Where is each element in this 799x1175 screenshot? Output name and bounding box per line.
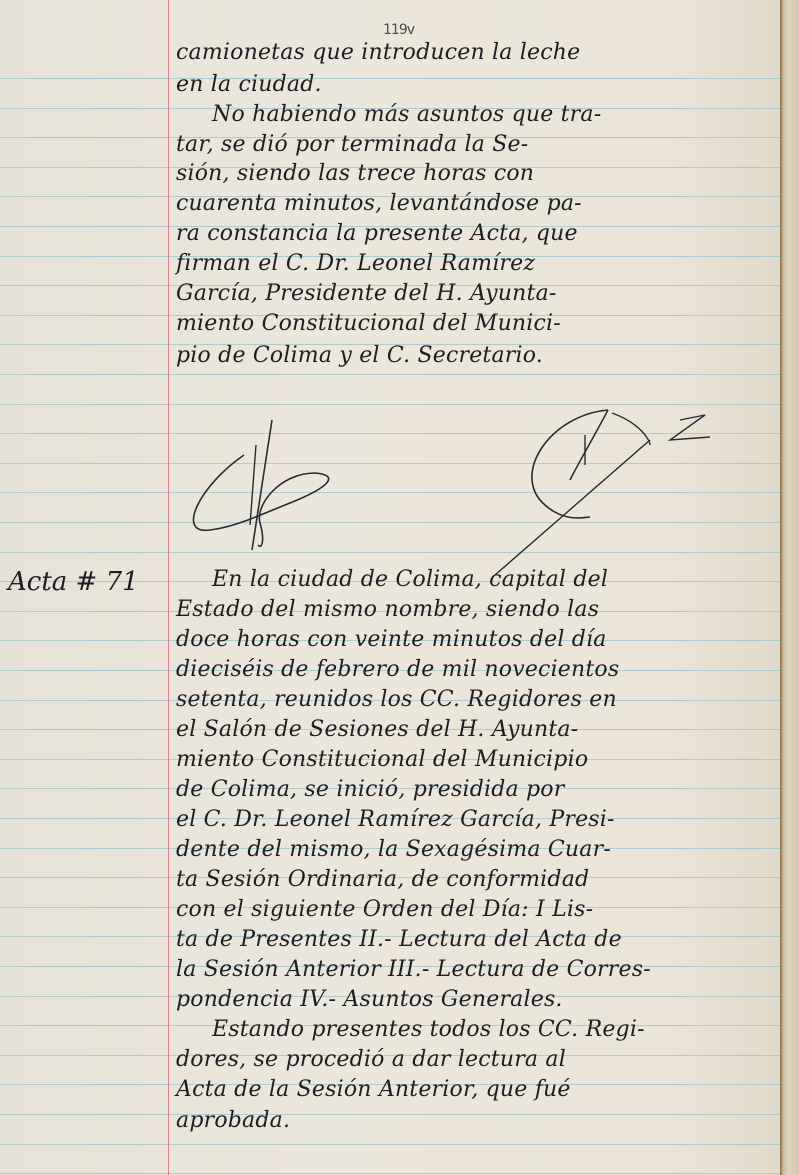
text-line: En la ciudad de Colima, capital del (212, 567, 799, 593)
text-line: pondencia IV.- Asuntos Generales. (176, 987, 776, 1013)
ledger-page: 119v camionetas que introducen la leche … (0, 0, 782, 1175)
text-line: cuarenta minutos, levantándose pa- (176, 191, 776, 217)
text-line: sión, siendo las trece horas con (176, 161, 776, 187)
text-line: setenta, reunidos los CC. Regidores en (176, 687, 776, 713)
text-line: ta Sesión Ordinaria, de conformidad (176, 867, 776, 893)
text-line: dieciséis de febrero de mil novecientos (176, 657, 776, 683)
text-line: ta de Presentes II.- Lectura del Acta de (176, 927, 776, 953)
text-line: Estado del mismo nombre, siendo las (176, 597, 776, 623)
ruled-line (0, 374, 782, 375)
text-line: doce horas con veinte minutos del día (176, 627, 776, 653)
text-line: dente del mismo, la Sexagésima Cuar- (176, 837, 776, 863)
book-binding-edge (780, 0, 799, 1175)
text-line: tar, se dió por terminada la Se- (176, 132, 776, 158)
text-line: el Salón de Sesiones del H. Ayunta- (176, 717, 776, 743)
text-line: miento Constitucional del Municipio (176, 747, 776, 773)
text-line: dores, se procedió a dar lectura al (176, 1047, 776, 1073)
text-line: No habiendo más asuntos que tra- (212, 102, 799, 128)
text-line: aprobada. (176, 1108, 776, 1134)
text-line: de Colima, se inició, presidida por (176, 777, 776, 803)
signature-secretary (490, 405, 740, 580)
text-line: el C. Dr. Leonel Ramírez García, Presi- (176, 807, 776, 833)
text-line: miento Constitucional del Munici- (176, 311, 776, 337)
text-line: García, Presidente del H. Ayunta- (176, 281, 776, 307)
ruled-line (0, 1144, 782, 1145)
text-line: camionetas que introducen la leche (176, 40, 776, 66)
text-line: Estando presentes todos los CC. Regi- (212, 1017, 799, 1043)
ruled-line (0, 1173, 782, 1174)
signature-president (180, 415, 350, 555)
margin-line (168, 0, 169, 1175)
text-line: firman el C. Dr. Leonel Ramírez (176, 251, 776, 277)
text-line: en la ciudad. (176, 72, 776, 98)
folio-number: 119v (383, 22, 414, 38)
text-line: la Sesión Anterior III.- Lectura de Corr… (176, 957, 776, 983)
text-line: ra constancia la presente Acta, que (176, 221, 776, 247)
text-line: Acta de la Sesión Anterior, que fué (176, 1077, 776, 1103)
act-number-label: Acta # 71 (8, 567, 139, 597)
text-line: pio de Colima y el C. Secretario. (176, 343, 776, 369)
text-line: con el siguiente Orden del Día: I Lis- (176, 897, 776, 923)
